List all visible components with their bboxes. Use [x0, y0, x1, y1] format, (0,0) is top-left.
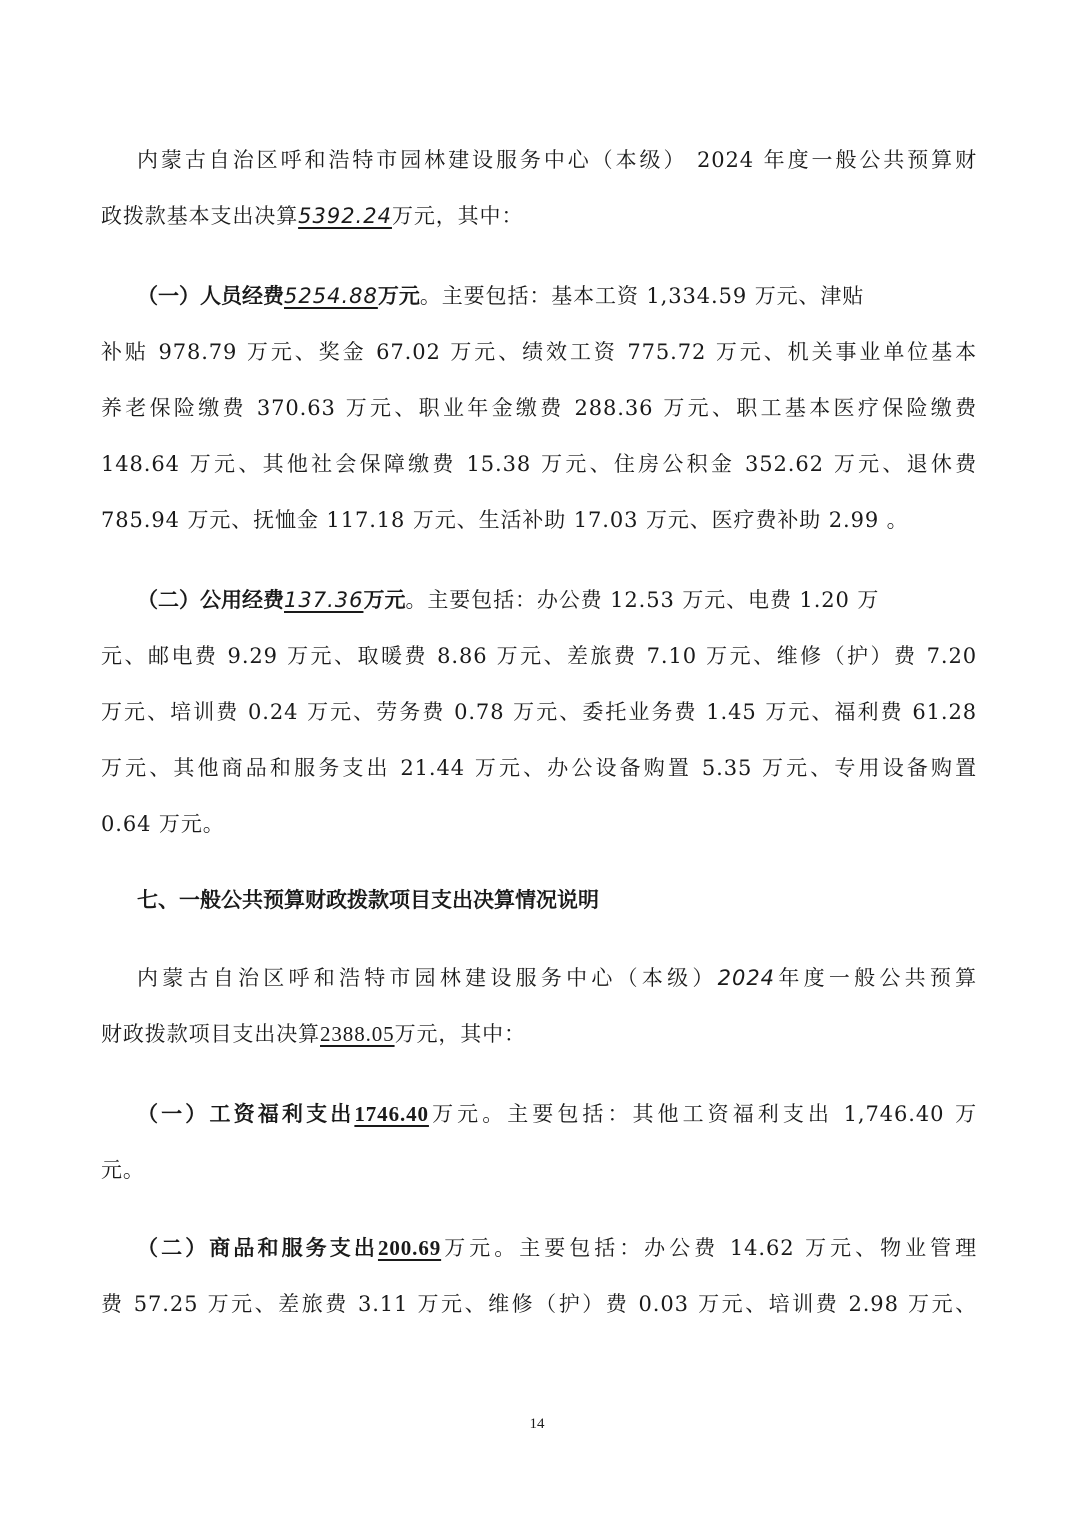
public-expense-line-3: 万元、培训费 0.24 万元、劳务费 0.78 万元、委托业务费 1.45 万元…: [101, 698, 977, 726]
project-expenditure-total: 2388.05: [320, 1022, 395, 1046]
goods-services-line-1: （二）商品和服务支出200.69万元。主要包括：办公费 14.62 万元、物业管…: [137, 1234, 977, 1262]
wages-expense-line-2: 元。: [101, 1156, 977, 1184]
public-expense-unit: 万元: [363, 588, 405, 612]
goods-services-amount: 200.69: [378, 1236, 441, 1260]
public-expense-amount: 137.36: [284, 588, 363, 612]
wages-expense-amount: 1746.40: [354, 1102, 429, 1126]
basic-expenditure-intro-line-1: 内蒙古自治区呼和浩特市园林建设服务中心（本级） 2024 年度一般公共预算财: [137, 146, 977, 174]
intro-prefix: 财政拨款项目支出决算: [101, 1022, 320, 1046]
personnel-expense-label: （一）人员经费: [137, 284, 284, 308]
public-expense-detail: 万元、培训费 0.24 万元、劳务费 0.78 万元、委托业务费 1.45 万元…: [101, 700, 977, 724]
public-expense-detail: 元、邮电费 9.29 万元、取暖费 8.86 万元、差旅费 7.10 万元、维修…: [101, 644, 977, 668]
personnel-expense-line-3: 养老保险缴费 370.63 万元、职业年金缴费 288.36 万元、职工基本医疗…: [101, 394, 977, 422]
page-number: 14: [0, 1416, 1074, 1433]
intro-text: 内蒙古自治区呼和浩特市园林建设服务中心（本级） 2024 年度一般公共预算财: [137, 148, 977, 172]
intro-suffix: 万元，其中：: [392, 204, 523, 228]
intro-suffix: 年度一般公共预算: [775, 966, 977, 990]
personnel-expense-detail: 148.64 万元、其他社会保障缴费 15.38 万元、住房公积金 352.62…: [101, 452, 977, 476]
public-expense-label: （二）公用经费: [137, 588, 284, 612]
goods-services-detail: 费 57.25 万元、差旅费 3.11 万元、维修（护）费 0.03 万元、培训…: [101, 1292, 977, 1316]
personnel-expense-unit: 万元: [378, 284, 420, 308]
personnel-expense-line-4: 148.64 万元、其他社会保障缴费 15.38 万元、住房公积金 352.62…: [101, 450, 977, 478]
personnel-expense-amount: 5254.88: [284, 284, 378, 308]
intro-prefix: 内蒙古自治区呼和浩特市园林建设服务中心（本级）: [137, 966, 718, 990]
personnel-expense-detail: 养老保险缴费 370.63 万元、职业年金缴费 288.36 万元、职工基本医疗…: [101, 396, 977, 420]
public-expense-line-5: 0.64 万元。: [101, 810, 977, 838]
wages-expense-detail: 万元。主要包括：其他工资福利支出 1,746.40 万: [429, 1102, 977, 1126]
goods-services-label: （二）商品和服务支出: [137, 1236, 378, 1260]
basic-expenditure-intro-line-2: 政拨款基本支出决算5392.24万元，其中：: [101, 202, 977, 230]
personnel-expense-detail: 785.94 万元、抚恤金 117.18 万元、生活补助 17.03 万元、医疗…: [101, 508, 909, 532]
intro-year: 2024: [718, 966, 775, 990]
goods-services-line-2: 费 57.25 万元、差旅费 3.11 万元、维修（护）费 0.03 万元、培训…: [101, 1290, 977, 1318]
wages-expense-detail: 元。: [101, 1158, 145, 1182]
intro-suffix: 万元，其中：: [395, 1022, 526, 1046]
public-expense-line-1: （二）公用经费137.36万元。主要包括：办公费 12.53 万元、电费 1.2…: [137, 586, 977, 614]
project-expenditure-intro-line-1: 内蒙古自治区呼和浩特市园林建设服务中心（本级）2024年度一般公共预算: [137, 964, 977, 992]
personnel-expense-line-5: 785.94 万元、抚恤金 117.18 万元、生活补助 17.03 万元、医疗…: [101, 506, 977, 534]
basic-expenditure-total: 5392.24: [298, 204, 392, 228]
personnel-expense-detail: 补贴 978.79 万元、奖金 67.02 万元、绩效工资 775.72 万元、…: [101, 340, 977, 364]
wages-expense-line-1: （一）工资福利支出1746.40万元。主要包括：其他工资福利支出 1,746.4…: [137, 1100, 977, 1128]
public-expense-detail: 万元、其他商品和服务支出 21.44 万元、办公设备购置 5.35 万元、专用设…: [101, 756, 977, 780]
public-expense-line-2: 元、邮电费 9.29 万元、取暖费 8.86 万元、差旅费 7.10 万元、维修…: [101, 642, 977, 670]
public-expense-line-4: 万元、其他商品和服务支出 21.44 万元、办公设备购置 5.35 万元、专用设…: [101, 754, 977, 782]
document-page: 内蒙古自治区呼和浩特市园林建设服务中心（本级） 2024 年度一般公共预算财 政…: [0, 0, 1074, 1520]
personnel-expense-line-1: （一）人员经费5254.88万元。主要包括：基本工资 1,334.59 万元、津…: [137, 282, 977, 310]
project-expenditure-intro-line-2: 财政拨款项目支出决算2388.05万元，其中：: [101, 1020, 977, 1048]
wages-expense-label: （一）工资福利支出: [137, 1102, 354, 1126]
personnel-expense-detail: 。主要包括：基本工资 1,334.59 万元、津贴: [420, 284, 864, 308]
goods-services-detail: 万元。主要包括：办公费 14.62 万元、物业管理: [441, 1236, 977, 1260]
intro-prefix: 政拨款基本支出决算: [101, 204, 298, 228]
public-expense-detail: 。主要包括：办公费 12.53 万元、电费 1.20 万: [405, 588, 879, 612]
public-expense-detail: 0.64 万元。: [101, 812, 225, 836]
personnel-expense-line-2: 补贴 978.79 万元、奖金 67.02 万元、绩效工资 775.72 万元、…: [101, 338, 977, 366]
section-heading: 七、一般公共预算财政拨款项目支出决算情况说明: [137, 886, 1013, 914]
